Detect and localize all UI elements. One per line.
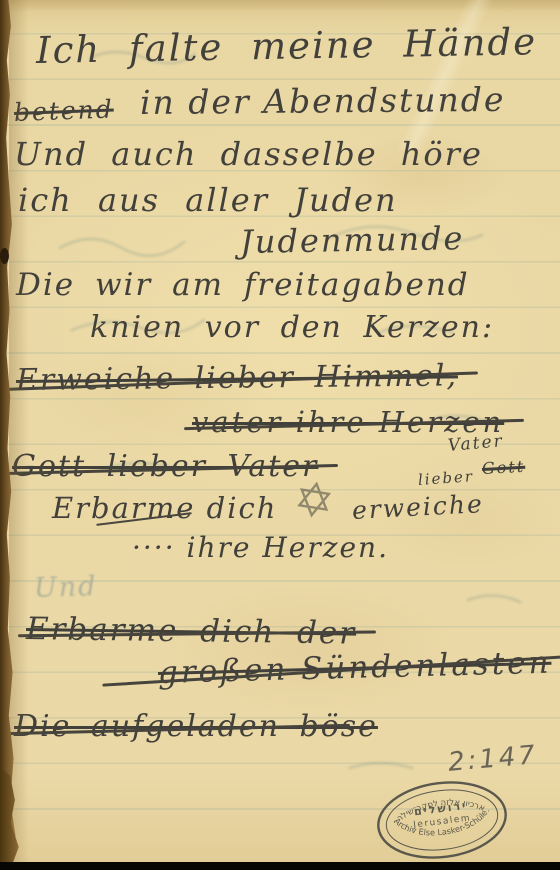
manuscript-line-2: in der Abendstunde (140, 83, 506, 119)
manuscript-line-4: ich aus aller Juden (18, 184, 398, 216)
corner-tear (0, 768, 24, 862)
manuscript-line-9-struck: vater ihre Herzen (192, 408, 504, 437)
annotation-gott-struck: Gott (482, 459, 526, 477)
manuscript-line-7: knien vor den Kerzen: (90, 313, 494, 343)
manuscript-line-2-struck-word: betend (14, 97, 115, 125)
manuscript-line-13-struck: Erbarme dich der (26, 614, 357, 650)
manuscript-line-11-continued: erweiche (351, 491, 484, 523)
manuscript-line-1: Ich falte meine Hände (36, 23, 538, 69)
manuscript-line-6: Die wir am freitagabend (16, 270, 470, 301)
manuscript-line-12: ···· ihre Herzen. (132, 534, 389, 562)
manuscript-line-11: Erbarme dich (52, 494, 277, 523)
annotation-lieber: lieber (417, 469, 474, 488)
star-of-david-icon: ✡ (290, 474, 339, 528)
manuscript-line-5: Judenmunde (240, 222, 465, 258)
archive-number: 2:147 (447, 740, 539, 778)
binding-notch (0, 248, 9, 264)
manuscript-line-10-struck: Gott lieber Vater (12, 452, 318, 482)
annotation-vater: Vater (447, 433, 504, 455)
page-top-edge (0, 0, 560, 12)
archive-stamp: · ארכיון אלזה לסקר־שילר · ירושלים Jerusa… (370, 772, 515, 868)
bleed-through-word: Und (33, 571, 97, 604)
manuscript-line-3: Und auch dasselbe höre (14, 138, 483, 170)
manuscript-line-15-struck: Die aufgeladen böse (14, 712, 378, 742)
manuscript-line-14-struck: großen Sündenlasten (158, 648, 552, 689)
manuscript-page: Und Ich falte meine Hände betend in der … (0, 0, 560, 862)
manuscript-line-8-struck: Erweiche lieber Himmel, (16, 361, 458, 396)
